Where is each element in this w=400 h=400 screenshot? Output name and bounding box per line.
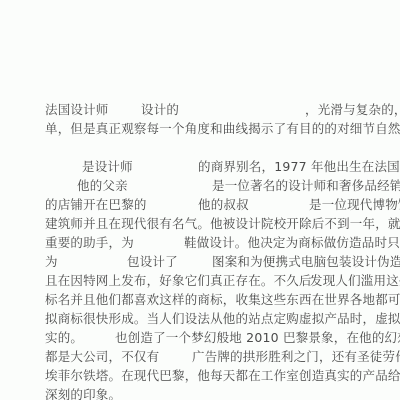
text-segment: 是一位现代博物馆的 — [309, 195, 400, 214]
text-segment: 埃菲尔铁塔。在现代巴黎，他每天都在工作室创造真实的产品给人们留下了 — [45, 366, 400, 385]
text-line: 法国设计师设计的，光滑与复杂的，通过 — [0, 100, 400, 119]
text-segment: 的店铺开在巴黎的 — [45, 195, 147, 214]
text-segment: 是设计师 — [82, 157, 133, 176]
text-segment: 法国设计师 — [45, 100, 109, 119]
text-segment: 且在因特网上发布，好象它们真正存在。不久后 — [45, 271, 312, 290]
text-line: 单，但是真正观察每一个角度和曲线揭示了有目的的对细节自然表达的焦点 — [0, 119, 400, 138]
document-page: 法国设计师设计的，光滑与复杂的，通过单，但是真正观察每一个角度和曲线揭示了有目的… — [0, 0, 400, 400]
text-segment: 为 — [45, 252, 58, 271]
text-line: 为包设计了图案和为便携式电脑包装设计伪造图案 — [0, 252, 400, 271]
text-line: 的店铺开在巴黎的他的叔叔是一位现代博物馆的 — [0, 195, 400, 214]
text-line: 深刻的印象。 — [0, 385, 400, 400]
text-segment: 单，但是真正观察每一个角度和曲线揭示了有目的的对细节自然表达的焦点 — [45, 119, 400, 138]
text-segment: 深刻的印象。 — [45, 385, 121, 400]
text-segment: 标名并且他们都喜欢这样的商标，收集这些东西在世界各地都可见，因此虚 — [45, 290, 400, 309]
text-line: 建筑师并且在现代很有名气。他被设计院校开除后不到一年，就为建筑师做 — [0, 214, 400, 233]
text-segment: 是一位著名的设计师和奢侈品经销商， — [212, 176, 400, 195]
text-segment: 包设计了 — [127, 252, 178, 271]
text-segment: 重要的助手，为 — [45, 233, 134, 252]
text-line: 且在因特网上发布，好象它们真正存在。不久后发现人们滥用这些商 — [0, 271, 400, 290]
text-line: 他的父亲是一位著名的设计师和奢侈品经销商， — [0, 176, 400, 195]
text-line: 拟商标很快形成。当人们设法从他的站点定购虚拟产品时，虚拟的变成了现 — [0, 309, 400, 328]
text-segment: 鞋做设计。他决定为商标做仿造品时只有 21 岁 — [184, 233, 400, 252]
text-line: 重要的助手，为鞋做设计。他决定为商标做仿造品时只有 21 岁 — [0, 233, 400, 252]
text-line: 标名并且他们都喜欢这样的商标，收集这些东西在世界各地都可见，因此虚 — [0, 290, 400, 309]
text-segment: 广告牌的拱形胜利之门，还有圣徒劳伦制造 — [192, 347, 400, 366]
text-line: 是设计师的商界别名，1977 年他出生在法国的 — [0, 157, 400, 176]
text-segment: 设计的 — [141, 100, 179, 119]
text-segment: 拟商标很快形成。当人们设法从他的站点定购虚拟产品时，虚拟的变成了现 — [45, 309, 400, 328]
text-segment: 他的父亲 — [77, 176, 128, 195]
text-segment: 也创造了一个梦幻般地 2010 巴黎景象，在他的幻想之城全部 — [115, 328, 400, 347]
text-segment: 建筑师并且在现代很有名气。他被设计院校开除后不到一年，就为建筑师做 — [45, 214, 400, 233]
text-line: 都是大公司，不仅有广告牌的拱形胜利之门，还有圣徒劳伦制造 — [0, 347, 400, 366]
text-segment: 图案和为便携式电脑包装设计伪造图案 — [212, 252, 400, 271]
text-segment: 的商界别名，1977 年他出生在法国的 — [198, 157, 400, 176]
text-segment: 发现人们滥用这些商 — [310, 271, 400, 290]
text-line: 实的。也创造了一个梦幻般地 2010 巴黎景象，在他的幻想之城全部 — [0, 328, 400, 347]
text-segment: 他的叔叔 — [198, 195, 249, 214]
text-segment: 实的。 — [45, 328, 83, 347]
text-segment: ，光滑与复杂的，通过 — [305, 100, 400, 119]
text-segment: 都是大公司，不仅有 — [45, 347, 159, 366]
text-line: 埃菲尔铁塔。在现代巴黎，他每天都在工作室创造真实的产品给人们留下了 — [0, 366, 400, 385]
